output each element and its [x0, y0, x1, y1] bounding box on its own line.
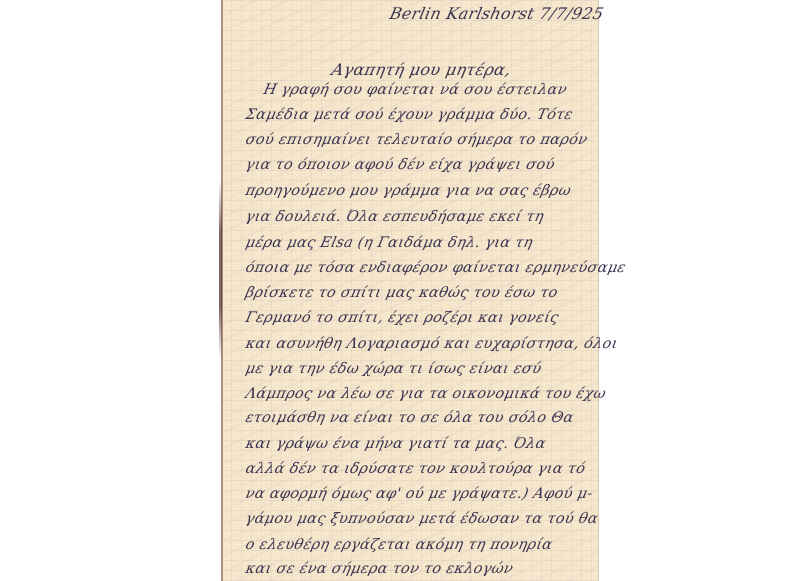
- letter-line: σού επισημαίνει τελευταίο σήμερα το παρό…: [244, 132, 589, 148]
- letter-line: για το όποιον αφού δέν είχα γράψει σού: [244, 157, 556, 173]
- letter-line: Σαμέδια μετά σού έχουν γράμμα δύο. Τότε: [244, 107, 574, 123]
- letter-line: και ασυνήθη Λογαριασμό και ευχαρίστησα, …: [244, 336, 619, 352]
- letter-line: Γερμανό το σπίτι, έχει ροζέρι και γονείς: [244, 310, 560, 326]
- letter-line: βρίσκετε το σπίτι μας καθώς του έσω το: [244, 285, 559, 301]
- scanned-letter-page: Berlin Karlshorst 7/7/925 Αγαπητή μου μη…: [0, 0, 800, 581]
- letter-line: να αφορμή όμως αφ' ού με γράψατε.) Αφού …: [244, 486, 594, 502]
- letter-line: μέρα μας Elsa (η Γαιδάμα δηλ. για τη: [244, 235, 534, 251]
- letter-line: και σε ένα σήμερα τον το εκλογών: [244, 561, 515, 577]
- letter-line: όποια με τόσα ενδιαφέρον φαίνεται ερμηνε…: [244, 260, 627, 276]
- letter-line: γάμου μας ξυπνούσαν μετά έδωσαν τα τού θ…: [244, 511, 600, 527]
- letter-line: προηγούμενο μου γράμμα για να σας έβρω: [244, 183, 573, 199]
- letter-line: Λάμπρος να λέω σε για τα οικονομικά του …: [244, 386, 607, 402]
- paper-edge-shadow: [219, 180, 222, 360]
- letter-line: για δουλειά. Όλα εσπευδήσαμε εκεί τη: [244, 209, 545, 225]
- letter-line: Η γραφή σου φαίνεται νά σου έστειλαν: [262, 82, 569, 98]
- letter-line: ετοιμάσθη να είναι το σε όλα του σόλο Θα: [244, 410, 575, 426]
- letter-line: ο ελευθέρη εργάζεται ακόμη τη πονηρία: [244, 537, 554, 553]
- letter-line: αλλά δέν τα ιδρύσατε τον κουλτούρα για τ…: [244, 461, 587, 477]
- letter-line: με για την έδω χώρα τι ίσως είναι εσύ: [244, 361, 543, 377]
- letter-dateline: Berlin Karlshorst 7/7/925: [388, 4, 606, 23]
- letter-line: και γράψω ένα μήνα γιατί τα μας. Όλα: [244, 436, 547, 452]
- letter-salutation: Αγαπητή μου μητέρα,: [330, 60, 513, 79]
